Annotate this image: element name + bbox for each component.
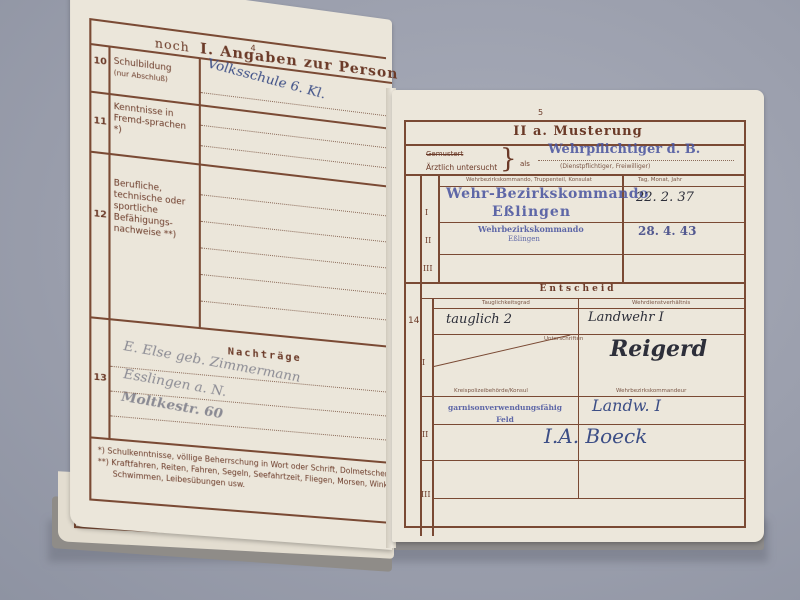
signature-1: Reigerd — [610, 336, 707, 362]
als-label: als — [520, 160, 530, 168]
wehrdienst-2: Landw. I — [592, 396, 661, 415]
stamp-wbk-line-1: Wehr-Bezirkskommando — [446, 186, 649, 202]
als-value-stamp: Wehrpflichtiger d. B. — [548, 142, 700, 157]
musterung-row-roman-1: I — [425, 208, 428, 217]
wehrdienst-1: Landwehr I — [588, 310, 664, 325]
left-page: 4 noch I. Angaben zur Person 10 Schulbil… — [70, 0, 392, 550]
musterung-row-roman-2: II — [425, 236, 431, 245]
gemustert-label: Gemustert — [426, 150, 463, 158]
page-number-right: 5 — [538, 108, 543, 117]
row-label-befaehigungsnachweise: Berufliche, technische oder sportliche B… — [114, 178, 198, 244]
stamp-wbk2-line-1: Wehrbezirkskommando — [478, 224, 584, 234]
row-number-11: 11 — [94, 116, 107, 128]
row-number-13: 13 — [94, 372, 107, 384]
untersucht-label: Ärztlich untersucht — [426, 163, 497, 172]
col-header-authority: Wehrbezirkskommando, Truppenteil, Konsul… — [466, 177, 592, 183]
col-header-wehrdienst: Wehrdienstverhältnis — [632, 300, 690, 306]
section-title-musterung: II a. Musterung — [392, 124, 764, 139]
stamp-wbk-line-2: Eßlingen — [492, 204, 571, 220]
entscheid-row-roman-2: II — [422, 430, 428, 439]
entscheid-row-roman-1: I — [422, 358, 425, 367]
entscheid-row-roman-3: III — [421, 490, 430, 499]
stamp-garnison: garnisonverwendungsfähig Feld — [440, 402, 570, 426]
musterung-date-1: 22. 2. 37 — [636, 190, 694, 205]
col-header-tauglichkeit: Tauglichkeitsgrad — [482, 300, 530, 306]
musterung-row-roman-3: III — [423, 264, 432, 273]
als-hint: (Dienstpflichtiger, Freiwilliger) — [560, 163, 650, 170]
tauglichkeit-1: tauglich 2 — [446, 312, 512, 327]
row-number-10: 10 — [94, 56, 107, 68]
entscheid-title: Entscheid — [392, 284, 764, 294]
musterung-date-2: 28. 4. 43 — [638, 224, 696, 238]
kreispolizei-label: Kreispolizeibehörde/Konsul — [454, 388, 528, 394]
row-number-14: 14 — [408, 316, 419, 326]
wbk-kommandeur-label: Wehrbezirkskommandeur — [616, 388, 686, 394]
signature-2: I.A. Boeck — [544, 424, 647, 448]
stamp-wbk2-line-2: Eßlingen — [508, 235, 540, 243]
brace: } — [500, 146, 517, 172]
col-header-date: Tag, Monat, Jahr — [638, 177, 682, 183]
row-number-12: 12 — [94, 209, 107, 221]
right-page: 5 II a. Musterung Gemustert Ärztlich unt… — [392, 90, 764, 542]
